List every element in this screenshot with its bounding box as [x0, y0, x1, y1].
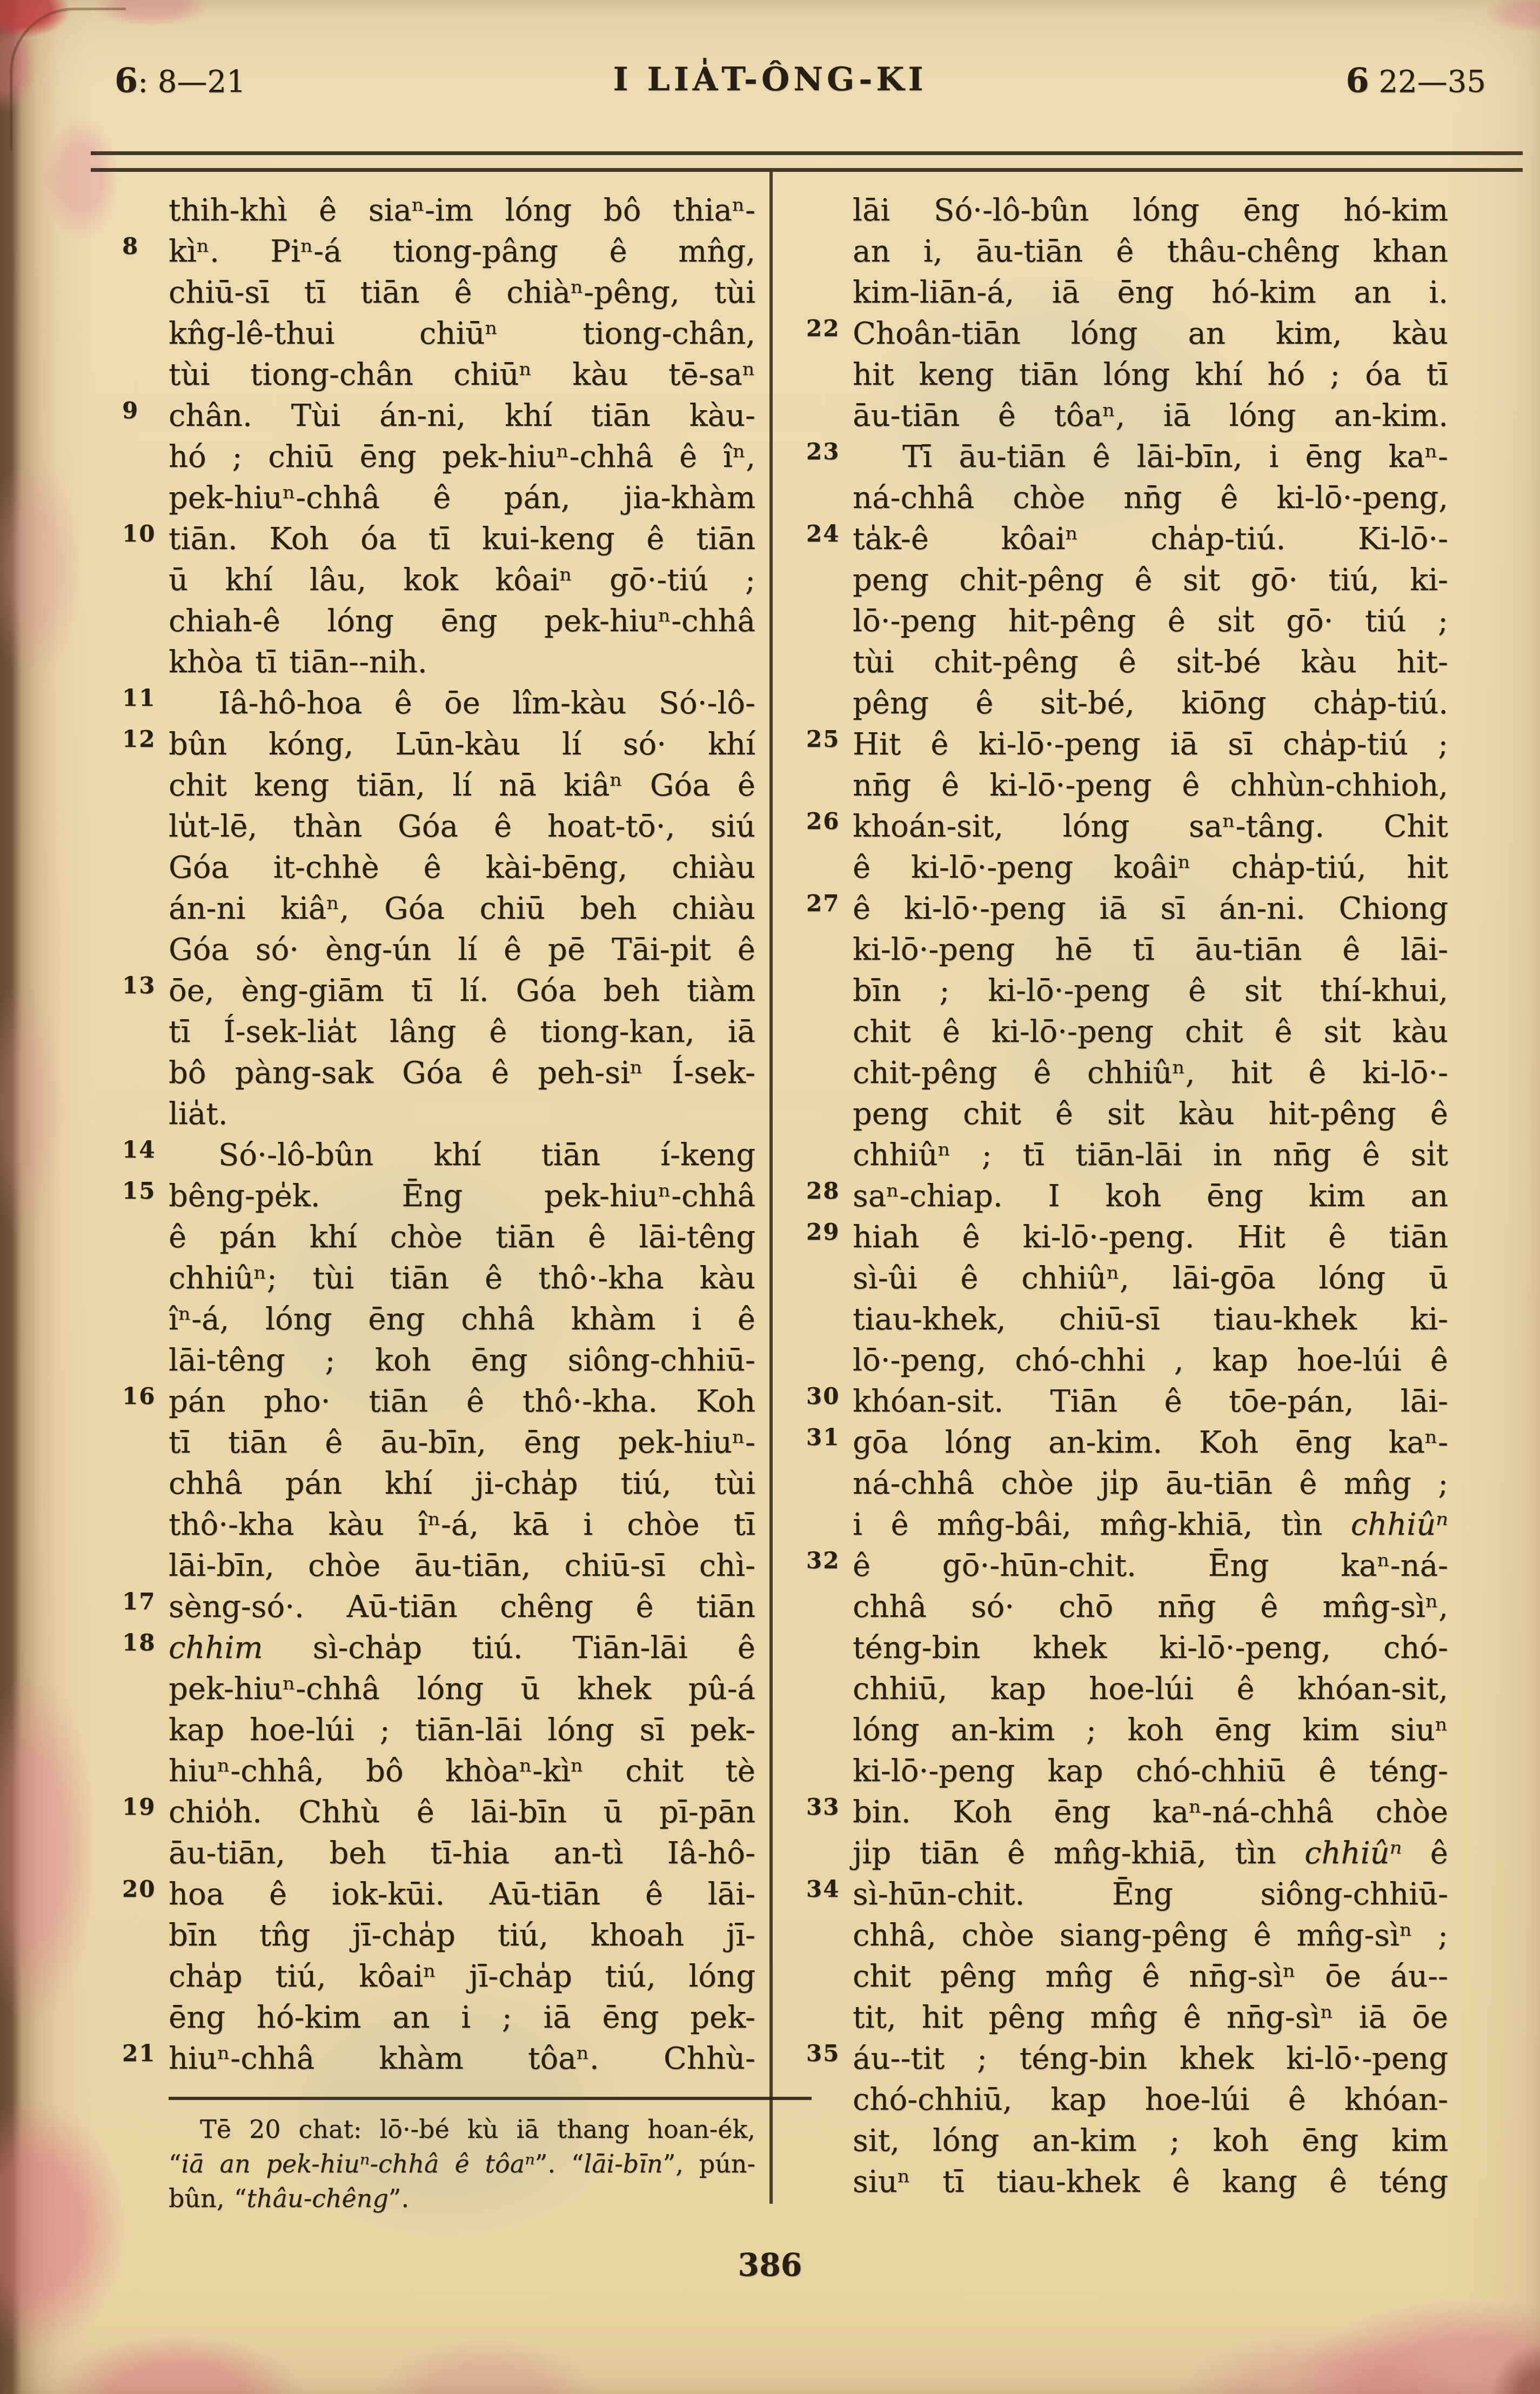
text-line: an i, āu-tiān ê thâu-chêng khan	[853, 231, 1448, 272]
text-line: āu-tiān ê tôaⁿ, iā lóng an-kim.	[853, 396, 1448, 437]
line-text: téng-bin khek ki-lō·-peng, chó-	[853, 1630, 1448, 1666]
text-line: lō·-peng hit-pêng ê si̍t gō· tiú ;	[853, 601, 1448, 642]
line-text: ê	[1402, 1836, 1448, 1871]
verse-number: 17	[122, 1581, 165, 1622]
chapter-number-right: 6	[1346, 61, 1369, 100]
line-text: hó ; chiū ēng pek-hiuⁿ-chhâ ê îⁿ,	[169, 439, 755, 474]
line-text: bûn, “	[169, 2184, 246, 2213]
verse-number: 20	[122, 1869, 165, 1910]
line-text: Tē 20 chat: lō·-bé kù iā thang hoan-ék,	[200, 2115, 755, 2144]
text-line: 32ê gō·-hūn-chit. Ēng kaⁿ-ná-	[853, 1546, 1448, 1587]
text-line: āu-tiān, beh tī-hia an-tì Iâ-hô-	[169, 1833, 755, 1874]
line-text: ēng hó-kim an i ; iā ēng pek-	[169, 2000, 755, 2035]
text-line: chiū-sī tī tiān ê chiàⁿ-pêng, tùi	[169, 272, 755, 313]
italic-text: iā an pek-hiuⁿ-chhâ ê tôaⁿ	[182, 2149, 535, 2178]
verse-number: 34	[806, 1869, 849, 1910]
verse-number: 15	[122, 1171, 165, 1212]
text-line: 11Iâ-hô-hoa ê ōe lîm-kàu Só·-lô-	[169, 683, 755, 724]
line-text: i ê mn̂g-bâi, mn̂g-khiā, tìn	[853, 1507, 1351, 1542]
line-text: thih-khì ê siaⁿ-im lóng bô thiaⁿ-	[169, 193, 755, 228]
text-line: sit, lóng an-kim ; koh ēng kim	[853, 2121, 1448, 2162]
text-line: ji̍p tiān ê mn̂g-khiā, tìn chhiûⁿ ê	[853, 1833, 1448, 1874]
text-line: chhiū, kap hoe-lúi ê khóan-sit,	[853, 1669, 1448, 1710]
text-line: 18chhim sì-cha̍p tiú. Tiān-lāi ê	[169, 1628, 755, 1669]
verse-number: 28	[806, 1171, 849, 1212]
line-text: ê ki-lō·-peng iā sī án-ni. Chiong	[853, 891, 1448, 926]
text-line: 34sì-hūn-chit. Ēng siông-chhiū-	[853, 1874, 1448, 1915]
line-text: chhâ pán khí ji-chа̍p tiú, tùi	[169, 1466, 755, 1501]
line-text: ōe, èng-giām tī lí. Góa beh tiàm	[169, 973, 755, 1008]
text-line: ê pán khí chòe tiān ê lāi-têng	[169, 1217, 755, 1258]
line-text: peng chit ê si̍t kàu hit-pêng ê	[853, 1096, 1448, 1132]
line-text: îⁿ-á, lóng ēng chhâ khàm i ê	[169, 1302, 755, 1337]
italic-text: chhiûⁿ	[1304, 1836, 1402, 1871]
verse-number: 30	[806, 1376, 849, 1417]
running-head-right: 6 22—35	[1346, 61, 1486, 100]
line-text: Góa it-chhè ê kài-bēng, chiàu	[169, 850, 755, 885]
text-line: 30khóan-sit. Tiān ê tōe-pán, lāi-	[853, 1381, 1448, 1422]
verse-number: 26	[806, 801, 849, 842]
text-line: Góa só· èng-ún lí ê pē Tāi-pi̍t ê	[169, 929, 755, 971]
line-text: āu-tiān, beh tī-hia an-tì Iâ-hô-	[169, 1836, 755, 1871]
line-text: chiū-sī tī tiān ê chiàⁿ-pêng, tùi	[169, 275, 755, 310]
text-line: thih-khì ê siaⁿ-im lóng bô thiaⁿ-	[169, 190, 755, 231]
text-line: 23Tī āu-tiān ê lāi-bīn, i ēng kaⁿ-	[853, 437, 1448, 478]
verse-number: 22	[806, 308, 849, 349]
text-line: kn̂g-lê-thui chiūⁿ tiong-chân,	[169, 313, 755, 355]
line-text: sit, lóng an-kim ; koh ēng kim	[853, 2123, 1448, 2158]
line-text: sèng-só·. Aū-tiān chêng ê tiān	[169, 1589, 755, 1624]
line-text: hiuⁿ-chhâ khàm tôaⁿ. Chhù-	[169, 2041, 755, 2076]
line-text: tiau-khek, chiū-sī tiau-khek ki-	[853, 1302, 1448, 1337]
text-line: ki-lō·-peng hē tī āu-tiān ê lāi-	[853, 929, 1448, 971]
line-text: ê pán khí chòe tiān ê lāi-têng	[169, 1220, 755, 1255]
line-text: chhâ, chòe siang-pêng ê mn̂g-sìⁿ ;	[853, 1918, 1448, 1953]
line-text: ”, pún-	[663, 2149, 755, 2178]
text-line: bô pàng-sak Góa ê peh-siⁿ Í-sek-	[169, 1053, 755, 1094]
line-text: ki-lō·-peng kap chó-chhiū ê téng-	[853, 1754, 1448, 1789]
text-line: chhiûⁿ; tùi tiān ê thô·-kha kàu	[169, 1258, 755, 1299]
line-text: chit pêng mn̂g ê nn̄g-sìⁿ ōe áu--	[853, 1959, 1448, 1994]
text-line: chhâ, chòe siang-pêng ê mn̂g-sìⁿ ;	[853, 1915, 1448, 1956]
text-line: 31gōa lóng an-kim. Koh ēng kaⁿ-	[853, 1422, 1448, 1463]
verse-number: 19	[122, 1787, 165, 1828]
line-text: ji̍p tiān ê mn̂g-khiā, tìn	[853, 1836, 1304, 1871]
line-text: kim-liān-á, iā ēng hó-kim an i.	[853, 275, 1448, 310]
text-line: siuⁿ tī tiau-khek ê kang ê téng	[853, 2162, 1448, 2203]
line-text: chhiûⁿ ; tī tiān-lāi in nn̄g ê si̍t	[853, 1138, 1448, 1173]
verse-number: 21	[122, 2033, 165, 2074]
text-line: 29hiah ê ki-lō·-peng. Hit ê tiān	[853, 1217, 1448, 1258]
line-text: áu--tit ; téng-bin khek ki-lō·-peng	[853, 2041, 1448, 2076]
header-double-rule	[91, 151, 1523, 172]
text-line: 16pán pho· tiān ê thô·-kha. Koh	[169, 1381, 755, 1422]
line-text: chân. Tùi án-ni, khí tiān kàu-	[169, 398, 755, 433]
line-text: “	[169, 2149, 182, 2178]
line-text: sì-cha̍p tiú. Tiān-lāi ê	[263, 1630, 755, 1666]
text-line: tiau-khek, chiū-sī tiau-khek ki-	[853, 1299, 1448, 1340]
line-text: āu-tiān ê tôaⁿ, iā lóng an-kim.	[853, 398, 1448, 433]
text-line: tī tiān ê āu-bīn, ēng pek-hiuⁿ-	[169, 1422, 755, 1463]
text-line: 14Só·-lô-bûn khí tiān í-keng	[169, 1135, 755, 1176]
line-text: bûn kóng, Lūn-kàu lí só· khí	[169, 727, 755, 762]
line-text: gōa lóng an-kim. Koh ēng kaⁿ-	[853, 1425, 1448, 1460]
text-line: chit pêng mn̂g ê nn̄g-sìⁿ ōe áu--	[853, 1956, 1448, 1997]
text-line: pek-hiuⁿ-chhâ lóng ū khek pû-á	[169, 1669, 755, 1710]
text-line: lō·-peng, chó-chhi , kap hoe-lúi ê	[853, 1340, 1448, 1381]
line-text: Só·-lô-bûn khí tiān í-keng	[218, 1138, 755, 1173]
verse-number: 11	[122, 678, 165, 719]
text-line: 20hoa ê iok-kūi. Aū-tiān ê lāi-	[169, 1874, 755, 1915]
line-text: bin. Koh ēng kaⁿ-ná-chhâ chòe	[853, 1795, 1448, 1830]
line-text: kap hoe-lúi ; tiān-lāi lóng sī pek-	[169, 1713, 755, 1748]
verse-range-right: 22—35	[1369, 64, 1486, 99]
line-text: chhâ só· chō nn̄g ê mn̂g-sìⁿ,	[853, 1589, 1448, 1624]
line-text: bīn ; ki-lō·-peng ê si̍t thí-khui,	[853, 973, 1448, 1008]
line-text: hit keng tiān lóng khí hó ; óa tī	[853, 357, 1448, 392]
text-line: 35áu--tit ; téng-bin khek ki-lō·-peng	[853, 2038, 1448, 2079]
line-text: ”.	[389, 2184, 409, 2213]
footnote-rule	[169, 2097, 812, 2100]
line-text: hiuⁿ-chhâ, bô khòaⁿ-kìⁿ chit tè	[169, 1754, 755, 1789]
line-text: chiah-ê lóng ēng pek-hiuⁿ-chhâ	[169, 604, 755, 639]
line-text: bīn tn̂g jī-cha̍p tiú, khoah jī-	[169, 1918, 755, 1953]
text-line: 12bûn kóng, Lūn-kàu lí só· khí	[169, 724, 755, 765]
verse-number: 27	[806, 883, 849, 924]
text-line: ki-lō·-peng kap chó-chhiū ê téng-	[853, 1751, 1448, 1792]
text-line: chó-chhiū, kap hoe-lúi ê khóan-	[853, 2079, 1448, 2121]
book-title: I LIA̍T-ÔNG-KI	[0, 61, 1540, 98]
text-line: lu̍t-lē, thàn Góa ê hoat-tō·, siú	[169, 806, 755, 847]
text-line: chhâ pán khí ji-chа̍p tiú, tùi	[169, 1463, 755, 1504]
line-text: ê ki-lō·-peng koâiⁿ cha̍p-tiú, hit	[853, 850, 1448, 885]
line-text: lóng an-kim ; koh ēng kim siuⁿ	[853, 1713, 1448, 1748]
line-text: ū khí lâu, kok kôaiⁿ gō·-tiú ;	[169, 563, 755, 598]
text-line: kap hoe-lúi ; tiān-lāi lóng sī pek-	[169, 1710, 755, 1751]
text-line: peng chit-pêng ê si̍t gō· tiú, ki-	[853, 560, 1448, 601]
text-line: îⁿ-á, lóng ēng chhâ khàm i ê	[169, 1299, 755, 1340]
line-text: saⁿ-chiap. I koh ēng kim an	[853, 1179, 1448, 1214]
line-text: peng chit-pêng ê si̍t gō· tiú, ki-	[853, 563, 1448, 598]
text-line: hó ; chiū ēng pek-hiuⁿ-chhâ ê îⁿ,	[169, 437, 755, 478]
line-text: án-ni kiâⁿ, Góa chiū beh chiàu	[169, 891, 755, 926]
footnote-lines: Tē 20 chat: lō·-bé kù iā thang hoan-ék,“…	[169, 2112, 755, 2216]
right-column: lāi Só·-lô-bûn lóng ēng hó-kiman i, āu-t…	[853, 190, 1448, 2203]
verse-number: 16	[122, 1376, 165, 1417]
left-column: thih-khì ê siaⁿ-im lóng bô thiaⁿ-8kìⁿ. P…	[169, 190, 755, 2216]
line-text: ”. “	[535, 2149, 584, 2178]
text-line: 22Choân-tiān lóng an kim, kàu	[853, 313, 1448, 355]
text-line: téng-bin khek ki-lō·-peng, chó-	[853, 1628, 1448, 1669]
line-text: tùi chit-pêng ê si̍t-bé kàu hit-	[853, 645, 1448, 680]
text-line: 26khoán-sit, lóng saⁿ-tâng. Chit	[853, 806, 1448, 847]
text-line: 33bin. Koh ēng kaⁿ-ná-chhâ chòe	[853, 1792, 1448, 1833]
text-line: sì-ûi ê chhiûⁿ, lāi-gōa lóng ū	[853, 1258, 1448, 1299]
text-line: 15bêng-pe̍k. Ēng pek-hiuⁿ-chhâ	[169, 1176, 755, 1217]
text-line: án-ni kiâⁿ, Góa chiū beh chiàu	[169, 888, 755, 929]
line-text: chit ê ki-lō·-peng chit ê si̍t kàu	[853, 1014, 1448, 1049]
line-text: tī Í-sek-lia̍t lâng ê tiong-kan, iā	[169, 1014, 755, 1049]
text-line: hit keng tiān lóng khí hó ; óa tī	[853, 355, 1448, 396]
text-line: peng chit ê si̍t kàu hit-pêng ê	[853, 1094, 1448, 1135]
text-line: bīn tn̂g jī-cha̍p tiú, khoah jī-	[169, 1915, 755, 1956]
line-text: chit keng tiān, lí nā kiâⁿ Góa ê	[169, 768, 755, 803]
text-line: lāi Só·-lô-bûn lóng ēng hó-kim	[853, 190, 1448, 231]
text-line: 28saⁿ-chiap. I koh ēng kim an	[853, 1176, 1448, 1217]
left-column-lines: thih-khì ê siaⁿ-im lóng bô thiaⁿ-8kìⁿ. P…	[169, 190, 755, 2079]
line-text: kìⁿ. Piⁿ-á tiong-pâng ê mn̂g,	[169, 234, 755, 269]
line-text: hoa ê iok-kūi. Aū-tiān ê lāi-	[169, 1877, 755, 1912]
line-text: ki-lō·-peng hē tī āu-tiān ê lāi-	[853, 932, 1448, 967]
line-text: tiān. Koh óa tī kui-keng ê tiān	[169, 521, 755, 557]
line-text: ná-chhâ chòe nn̄g ê ki-lō·-peng,	[853, 480, 1448, 516]
text-line: khòa tī tiān--nih.	[169, 642, 755, 683]
text-line: thô·-kha kàu îⁿ-á, kā i chòe tī	[169, 1504, 755, 1546]
text-line: ná-chhâ chòe nn̄g ê ki-lō·-peng,	[853, 478, 1448, 519]
text-line: tùi tiong-chân chiūⁿ kàu tē-saⁿ	[169, 355, 755, 396]
text-line: tit, hit pêng mn̂g ê nn̄g-sìⁿ iā ōe	[853, 1997, 1448, 2038]
text-line: lia̍t.	[169, 1094, 755, 1135]
text-line: ná-chhâ chòe ji̍p āu-tiān ê mn̂g ;	[853, 1463, 1448, 1504]
line-text: pek-hiuⁿ-chhâ ê pán, jia-khàm	[169, 480, 755, 516]
line-text: siuⁿ tī tiau-khek ê kang ê téng	[853, 2164, 1448, 2199]
text-line: chiah-ê lóng ēng pek-hiuⁿ-chhâ	[169, 601, 755, 642]
verse-number: 24	[806, 513, 849, 554]
line-text: khoán-sit, lóng saⁿ-tâng. Chit	[853, 809, 1448, 844]
text-line: bīn ; ki-lō·-peng ê si̍t thí-khui,	[853, 971, 1448, 1012]
text-line: 8kìⁿ. Piⁿ-á tiong-pâng ê mn̂g,	[169, 231, 755, 272]
line-text: lāi Só·-lô-bûn lóng ēng hó-kim	[853, 193, 1448, 228]
text-line: “iā an pek-hiuⁿ-chhâ ê tôaⁿ”. “lāi-bīn”,…	[169, 2146, 755, 2181]
line-text: khóan-sit. Tiān ê tōe-pán, lāi-	[853, 1384, 1448, 1419]
text-line: 10tiān. Koh óa tī kui-keng ê tiān	[169, 519, 755, 560]
text-line: 17sèng-só·. Aū-tiān chêng ê tiān	[169, 1587, 755, 1628]
text-line: bûn, “thâu-chêng”.	[169, 2181, 755, 2216]
text-line: pêng ê si̍t-bé, kiōng cha̍p-tiú.	[853, 683, 1448, 724]
text-line: 21hiuⁿ-chhâ khàm tôaⁿ. Chhù-	[169, 2038, 755, 2079]
text-line: chhâ só· chō nn̄g ê mn̂g-sìⁿ,	[853, 1587, 1448, 1628]
text-line: cha̍p tiú, kôaiⁿ jī-cha̍p tiú, lóng	[169, 1956, 755, 1997]
text-line: tī Í-sek-lia̍t lâng ê tiong-kan, iā	[169, 1012, 755, 1053]
verse-number: 33	[806, 1787, 849, 1828]
line-text: tit, hit pêng mn̂g ê nn̄g-sìⁿ iā ōe	[853, 2000, 1448, 2035]
line-text: hiah ê ki-lō·-peng. Hit ê tiān	[853, 1220, 1448, 1255]
verse-number: 32	[806, 1540, 849, 1581]
line-text: chio̍h. Chhù ê lāi-bīn ū pī-pān	[169, 1795, 755, 1830]
line-text: ê gō·-hūn-chit. Ēng kaⁿ-ná-	[853, 1548, 1448, 1583]
text-line: lóng an-kim ; koh ēng kim siuⁿ	[853, 1710, 1448, 1751]
text-line: ê ki-lō·-peng koâiⁿ cha̍p-tiú, hit	[853, 847, 1448, 888]
italic-text: lāi-bīn	[584, 2149, 662, 2178]
line-text: cha̍p tiú, kôaiⁿ jī-cha̍p tiú, lóng	[169, 1959, 755, 1994]
text-line: hiuⁿ-chhâ, bô khòaⁿ-kìⁿ chit tè	[169, 1751, 755, 1792]
text-line: chit keng tiān, lí nā kiâⁿ Góa ê	[169, 765, 755, 806]
right-column-lines: lāi Só·-lô-bûn lóng ēng hó-kiman i, āu-t…	[853, 190, 1448, 2203]
line-text: Hit ê ki-lō·-peng iā sī cha̍p-tiú ;	[853, 727, 1448, 762]
text-line: 27ê ki-lō·-peng iā sī án-ni. Chiong	[853, 888, 1448, 929]
line-text: lō·-peng hit-pêng ê si̍t gō· tiú ;	[853, 604, 1448, 639]
text-line: lāi-bīn, chòe āu-tiān, chiū-sī chì-	[169, 1546, 755, 1587]
verse-number: 31	[806, 1417, 849, 1458]
line-text: tùi tiong-chân chiūⁿ kàu tē-saⁿ	[169, 357, 755, 392]
text-line: nn̄g ê ki-lō·-peng ê chhùn-chhioh,	[853, 765, 1448, 806]
line-text: Tī āu-tiān ê lāi-bīn, i ēng kaⁿ-	[902, 439, 1448, 474]
line-text: Iâ-hô-hoa ê ōe lîm-kàu Só·-lô-	[218, 686, 755, 721]
verse-number: 18	[122, 1622, 165, 1663]
line-text: Choân-tiān lóng an kim, kàu	[853, 316, 1448, 351]
line-text: pêng ê si̍t-bé, kiōng cha̍p-tiú.	[853, 686, 1448, 721]
verse-number: 23	[806, 431, 849, 472]
verse-number: 14	[122, 1129, 165, 1171]
line-text: Góa só· èng-ún lí ê pē Tāi-pi̍t ê	[169, 932, 755, 967]
verse-number: 25	[806, 719, 849, 760]
text-line: 9chân. Tùi án-ni, khí tiān kàu-	[169, 396, 755, 437]
line-text: chó-chhiū, kap hoe-lúi ê khóan-	[853, 2082, 1448, 2117]
line-text: khòa tī tiān--nih.	[169, 645, 427, 680]
text-line: 19chio̍h. Chhù ê lāi-bīn ū pī-pān	[169, 1792, 755, 1833]
line-text: sì-ûi ê chhiûⁿ, lāi-gōa lóng ū	[853, 1261, 1448, 1296]
italic-text: chhiûⁿ	[1351, 1507, 1448, 1542]
line-text: pek-hiuⁿ-chhâ lóng ū khek pû-á	[169, 1671, 755, 1707]
line-text: chhiū, kap hoe-lúi ê khóan-sit,	[853, 1671, 1448, 1707]
line-text: lu̍t-lē, thàn Góa ê hoat-tō·, siú	[169, 809, 755, 844]
text-line: kim-liān-á, iā ēng hó-kim an i.	[853, 272, 1448, 313]
text-line: chhiûⁿ ; tī tiān-lāi in nn̄g ê si̍t	[853, 1135, 1448, 1176]
text-line: ēng hó-kim an i ; iā ēng pek-	[169, 1997, 755, 2038]
text-line: Tē 20 chat: lō·-bé kù iā thang hoan-ék,	[169, 2112, 755, 2146]
book-page-scan: 6: 8—21 I LIA̍T-ÔNG-KI 6 22—35 thih-khì …	[0, 0, 1540, 2394]
line-text: bô pàng-sak Góa ê peh-siⁿ Í-sek-	[169, 1055, 755, 1091]
line-text: pán pho· tiān ê thô·-kha. Koh	[169, 1384, 755, 1419]
verse-number: 8	[122, 226, 165, 267]
page-number: 386	[0, 2247, 1540, 2283]
text-line: Góa it-chhè ê kài-bēng, chiàu	[169, 847, 755, 888]
verse-number: 35	[806, 2033, 849, 2074]
line-text: ta̍k-ê kôaiⁿ chа̍p-tiú. Ki-lō·-	[853, 521, 1448, 557]
line-text: chhiûⁿ; tùi tiān ê thô·-kha kàu	[169, 1261, 755, 1296]
italic-text: chhim	[169, 1630, 263, 1666]
line-text: bêng-pe̍k. Ēng pek-hiuⁿ-chhâ	[169, 1179, 755, 1214]
line-text: lia̍t.	[169, 1096, 228, 1132]
text-line: 24ta̍k-ê kôaiⁿ chа̍p-tiú. Ki-lō·-	[853, 519, 1448, 560]
verse-number: 13	[122, 965, 165, 1006]
line-text: lāi-têng ; koh ēng siông-chhiū-	[169, 1343, 755, 1378]
line-text: thô·-kha kàu îⁿ-á, kā i chòe tī	[169, 1507, 755, 1542]
text-line: tùi chit-pêng ê si̍t-bé kàu hit-	[853, 642, 1448, 683]
verse-number: 12	[122, 719, 165, 760]
text-line: i ê mn̂g-bâi, mn̂g-khiā, tìn chhiûⁿ	[853, 1504, 1448, 1546]
column-divider-rule	[769, 172, 773, 2204]
line-text: ná-chhâ chòe ji̍p āu-tiān ê mn̂g ;	[853, 1466, 1448, 1501]
text-line: chit-pêng ê chhiûⁿ, hit ê ki-lō·-	[853, 1053, 1448, 1094]
line-text: an i, āu-tiān ê thâu-chêng khan	[853, 234, 1448, 269]
italic-text: thâu-chêng	[246, 2184, 388, 2213]
text-line: ū khí lâu, kok kôaiⁿ gō·-tiú ;	[169, 560, 755, 601]
text-line: 13ōe, èng-giām tī lí. Góa beh tiàm	[169, 971, 755, 1012]
line-text: tī tiān ê āu-bīn, ēng pek-hiuⁿ-	[169, 1425, 755, 1460]
line-text: nn̄g ê ki-lō·-peng ê chhùn-chhioh,	[853, 768, 1448, 803]
text-line: lāi-têng ; koh ēng siông-chhiū-	[169, 1340, 755, 1381]
line-text: sì-hūn-chit. Ēng siông-chhiū-	[853, 1877, 1448, 1912]
text-line: pek-hiuⁿ-chhâ ê pán, jia-khàm	[169, 478, 755, 519]
text-line: chit ê ki-lō·-peng chit ê si̍t kàu	[853, 1012, 1448, 1053]
verse-number: 10	[122, 513, 165, 554]
verse-number: 29	[806, 1212, 849, 1253]
line-text: chit-pêng ê chhiûⁿ, hit ê ki-lō·-	[853, 1055, 1448, 1091]
line-text: lāi-bīn, chòe āu-tiān, chiū-sī chì-	[169, 1548, 755, 1583]
verse-number: 9	[122, 390, 165, 431]
line-text: kn̂g-lê-thui chiūⁿ tiong-chân,	[169, 316, 755, 351]
text-line: 25Hit ê ki-lō·-peng iā sī cha̍p-tiú ;	[853, 724, 1448, 765]
line-text: lō·-peng, chó-chhi , kap hoe-lúi ê	[853, 1343, 1448, 1378]
